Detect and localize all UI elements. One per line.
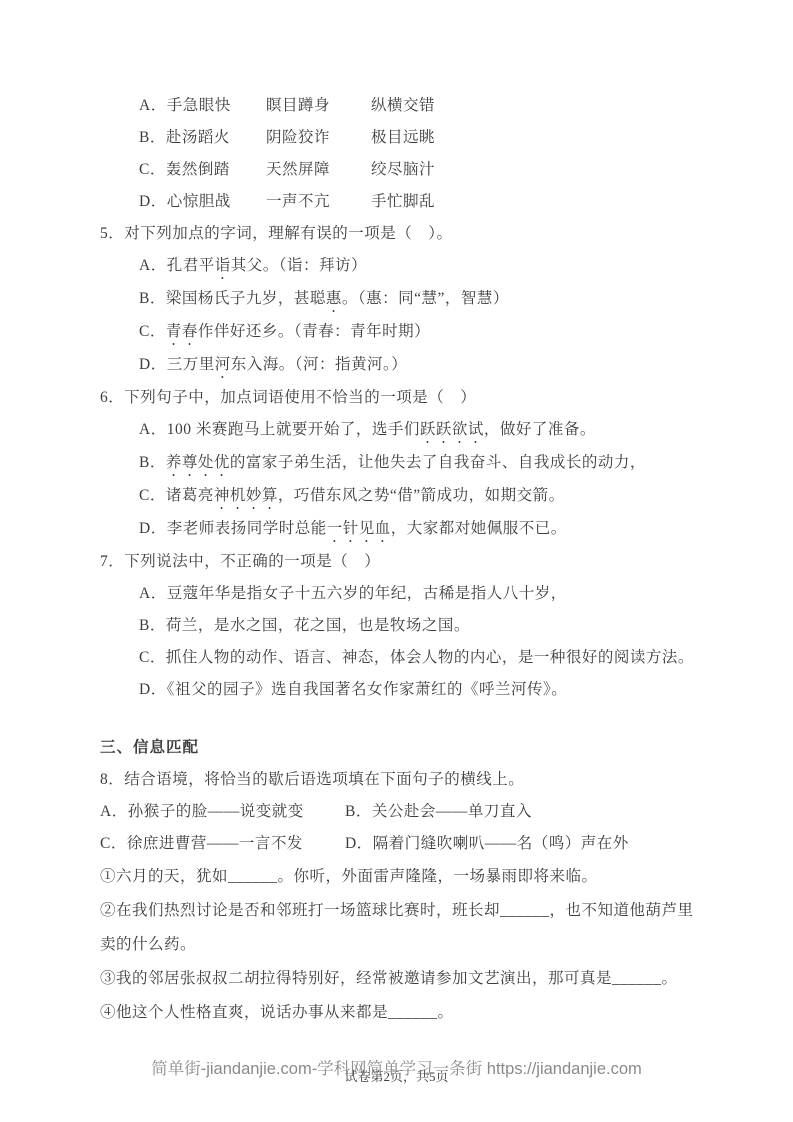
option-b: B．关公赴会——单刀直入 [345,796,532,828]
option-text: 三万里河东入海。（河：指黄河。） [167,356,408,373]
option-label: D． [139,356,167,373]
emphasized-text: 河 [215,356,231,373]
option-label: B． [345,803,372,820]
fill-blank-sentence-3: ③我的邻居张叔叔二胡拉得特别好，经常被邀请参加文艺演出，那可真是______。 [100,962,698,996]
idiom-term: 一声不亢 [266,186,371,218]
option-text: 孔君平诣其父。（诣：拜访） [167,257,367,274]
watermark-text: 简单街-jiandanjie.com-学科网简单学习一条街 https://ji… [0,1055,793,1079]
idiom-term: 手急眼快 [167,97,231,114]
option-cell: B．赴汤蹈火 [139,122,266,154]
option-label: C． [139,649,166,666]
option-label: B． [139,454,166,471]
option-label: C． [139,161,166,178]
question-5: 5．对下列加点的字词，理解有误的一项是（ ）。 A．孔君平诣其父。（诣：拜访） … [100,218,698,382]
option-row-d: D．三万里河东入海。（河：指黄河。） [100,349,698,382]
question-stem: 8．结合语境，将恰当的歇后语选项填在下面句子的横线上。 [100,764,698,796]
option-label: D． [139,520,167,537]
option-row-c: C．青春作伴好还乡。（青春：青年时期） [100,316,698,349]
question-stem: 5．对下列加点的字词，理解有误的一项是（ ）。 [100,218,698,250]
question-stem: 7．下列说法中，不正确的一项是（ ） [100,546,698,578]
plain-text: 孔君平 [167,257,215,274]
question-6: 6．下列句子中，加点词语使用不恰当的一项是（ ） A．100 米赛跑马上就要开始… [100,382,698,546]
plain-text: 东入海。（河：指黄河。） [231,356,408,373]
idiom-term: 瞑目蹲身 [266,90,371,122]
idiom-term: 绞尽脑汁 [371,154,435,186]
option-c: C．徐庶进曹营——一言不发 [100,828,345,860]
option-row-b: B．荷兰，是水之国，花之国，也是牧场之国。 [100,610,698,642]
idiom-term: 手忙脚乱 [371,186,435,218]
option-label: A． [139,421,167,438]
plain-text: 。（惠：同“慧”，智慧） [342,290,509,307]
idiom-term: 极目远眺 [371,122,435,154]
option-row-a: A．100 米赛跑马上就要开始了，选手们跃跃欲试，做好了准备。 [100,414,698,447]
emphasized-text: 惠 [326,290,342,307]
option-text: 隔着门缝吹喇叭——名（鸣）声在外 [373,835,629,852]
option-a: A．孙猴子的脸——说变就变 [100,796,345,828]
plain-text: 的富家子弟生活，让他失去了自我奋斗、自我成长的动力， [230,454,646,471]
option-row-c: C．抓住人物的动作、语言、神态，体会人物的内心，是一种很好的阅读方法。 [100,642,698,674]
option-label: D． [139,681,167,698]
option-row-b: B．梁国杨氏子九岁，甚聪惠。（惠：同“慧”，智慧） [100,283,698,316]
fill-blank-sentence-1: ①六月的天，犹如______。你听，外面雷声隆隆，一场暴雨即将来临。 [100,860,698,894]
option-text: 关公赴会——单刀直入 [372,803,532,820]
option-row-d: D．《祖父的园子》选自我国著名女作家萧红的《呼兰河传》。 [100,674,698,706]
option-label: B． [139,617,166,634]
option-text: 抓住人物的动作、语言、神态，体会人物的内心，是一种很好的阅读方法。 [166,649,694,666]
option-text: 徐庶进曹营——一言不发 [127,835,303,852]
option-row-c: C．轰然倒踏 天然屏障 绞尽脑汁 [100,154,698,186]
exam-content: A．手急眼快 瞑目蹲身 纵横交错 B．赴汤蹈火 阴险狡诈 极目远眺 C．轰然倒踏… [0,0,793,1030]
emphasized-text: 神机妙算 [214,487,278,504]
plain-text: 梁国杨氏子九岁，甚聪 [166,290,326,307]
option-text: 《祖父的园子》选自我国著名女作家萧红的《呼兰河传》。 [167,681,568,698]
question-4-options: A．手急眼快 瞑目蹲身 纵横交错 B．赴汤蹈火 阴险狡诈 极目远眺 C．轰然倒踏… [100,90,698,218]
section-heading: 三、信息匹配 [100,732,698,764]
option-cell: A．手急眼快 [139,90,266,122]
emphasized-text: 跃跃欲试 [420,421,484,438]
idiom-term: 阴险狡诈 [266,122,371,154]
fill-blank-sentence-2: ②在我们热烈讨论是否和邻班打一场篮球比赛时，班长却______，也不知道他葫芦里… [100,894,698,962]
plain-text: 李老师表扬同学时总能 [167,520,327,537]
option-label: D． [345,835,373,852]
idiom-term: 赴汤蹈火 [166,129,230,146]
option-label: C． [139,487,166,504]
option-label: A． [139,585,167,602]
option-text: 100 米赛跑马上就要开始了，选手们跃跃欲试，做好了准备。 [167,421,596,438]
plain-text: ，巧借东风之势“借”箭成功，如期交箭。 [278,487,565,504]
option-row-a: A．孔君平诣其父。（诣：拜访） [100,250,698,283]
option-cell: C．轰然倒踏 [139,154,266,186]
option-text: 养尊处优的富家子弟生活，让他失去了自我奋斗、自我成长的动力， [166,454,646,471]
question-7: 7．下列说法中，不正确的一项是（ ） A．豆蔻年华是指女子十五六岁的年纪，古稀是… [100,546,698,706]
option-text: 豆蔻年华是指女子十五六岁的年纪，古稀是指人八十岁， [167,585,567,602]
plain-text: ，做好了准备。 [484,421,596,438]
option-text: 诸葛亮神机妙算，巧借东风之势“借”箭成功，如期交箭。 [166,487,565,504]
question-stem: 6．下列句子中，加点词语使用不恰当的一项是（ ） [100,382,698,414]
option-text: 李老师表扬同学时总能一针见血，大家都对她佩服不已。 [167,520,567,537]
option-label: C． [139,323,166,340]
option-label: C． [100,835,127,852]
emphasized-text: 一针见血 [327,520,391,537]
option-label: A． [100,803,128,820]
emphasized-text: 青春 [166,323,198,340]
option-row-cd: C．徐庶进曹营——一言不发 D．隔着门缝吹喇叭——名（鸣）声在外 [100,828,698,860]
option-row-b: B．养尊处优的富家子弟生活，让他失去了自我奋斗、自我成长的动力， [100,447,698,480]
option-label: A． [139,97,167,114]
question-8: 8．结合语境，将恰当的歇后语选项填在下面句子的横线上。 A．孙猴子的脸——说变就… [100,764,698,1030]
option-label: D． [139,193,167,210]
option-text: 荷兰，是水之国，花之国，也是牧场之国。 [166,617,470,634]
plain-text: 诸葛亮 [166,487,214,504]
option-text: 梁国杨氏子九岁，甚聪惠。（惠：同“慧”，智慧） [166,290,509,307]
option-cell: D．心惊胆战 [139,186,266,218]
emphasized-text: 诣 [215,257,231,274]
plain-text: 100 米赛跑马上就要开始了，选手们 [167,421,420,438]
fill-blank-sentence-4: ④他这个人性格直爽，说话办事从来都是______。 [100,996,698,1030]
option-row-b: B．赴汤蹈火 阴险狡诈 极目远眺 [100,122,698,154]
option-label: B． [139,290,166,307]
exam-page: A．手急眼快 瞑目蹲身 纵横交错 B．赴汤蹈火 阴险狡诈 极目远眺 C．轰然倒踏… [0,0,793,1122]
option-label: B． [139,129,166,146]
option-d: D．隔着门缝吹喇叭——名（鸣）声在外 [345,828,629,860]
idiom-term: 心惊胆战 [167,193,231,210]
option-row-c: C．诸葛亮神机妙算，巧借东风之势“借”箭成功，如期交箭。 [100,480,698,513]
option-text: 孙猴子的脸——说变就变 [128,803,304,820]
option-label: A． [139,257,167,274]
plain-text: 其父。（诣：拜访） [231,257,367,274]
idiom-term: 天然屏障 [266,154,371,186]
plain-text: 三万里 [167,356,215,373]
emphasized-text: 养尊处优 [166,454,230,471]
option-row-d: D．李老师表扬同学时总能一针见血，大家都对她佩服不已。 [100,513,698,546]
option-row-a: A．手急眼快 瞑目蹲身 纵横交错 [100,90,698,122]
plain-text: ，大家都对她佩服不已。 [391,520,567,537]
option-row-a: A．豆蔻年华是指女子十五六岁的年纪，古稀是指人八十岁， [100,578,698,610]
idiom-term: 纵横交错 [371,90,435,122]
idiom-term: 轰然倒踏 [166,161,230,178]
option-text: 青春作伴好还乡。（青春：青年时期） [166,323,430,340]
plain-text: 作伴好还乡。（青春：青年时期） [198,323,430,340]
option-row-d: D．心惊胆战 一声不亢 手忙脚乱 [100,186,698,218]
option-row-ab: A．孙猴子的脸——说变就变 B．关公赴会——单刀直入 [100,796,698,828]
